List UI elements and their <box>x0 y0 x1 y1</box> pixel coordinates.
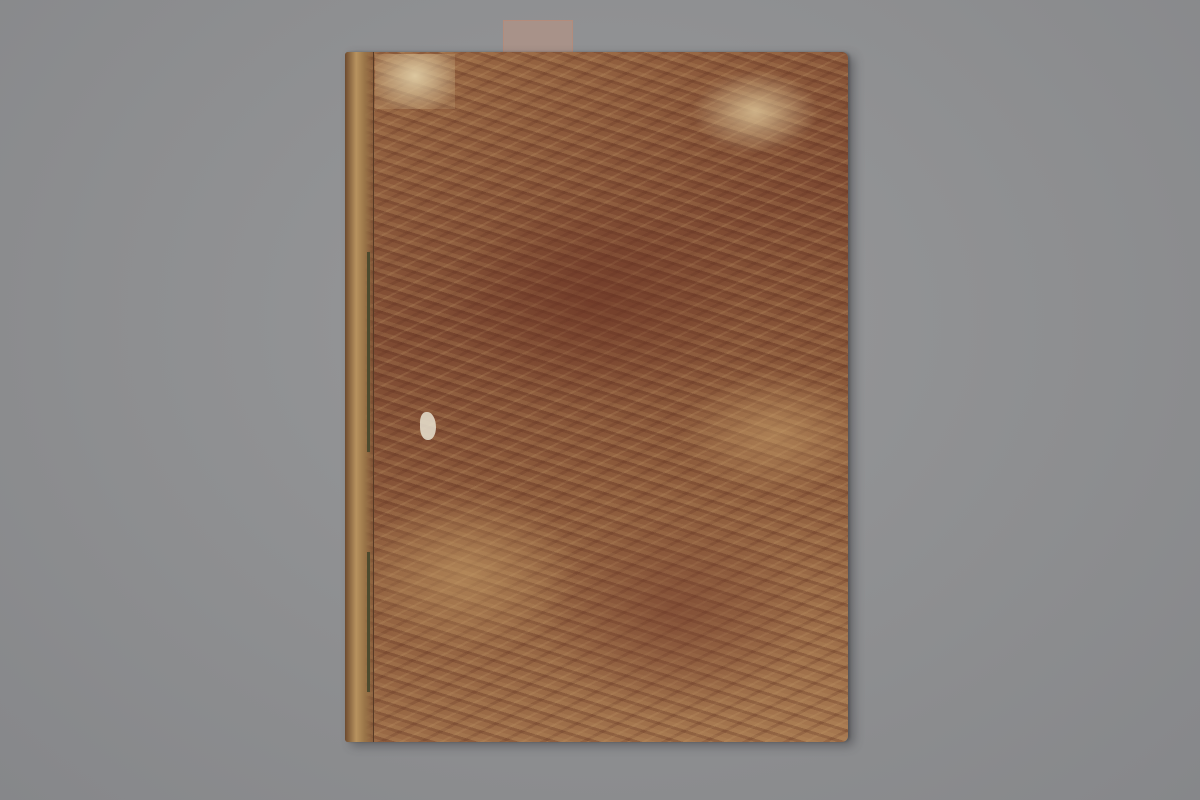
binding-thread <box>367 252 370 452</box>
binding-thread <box>367 552 370 692</box>
paper-damage-spot <box>420 412 436 440</box>
worn-corner <box>375 54 455 109</box>
book-cover <box>345 52 848 742</box>
